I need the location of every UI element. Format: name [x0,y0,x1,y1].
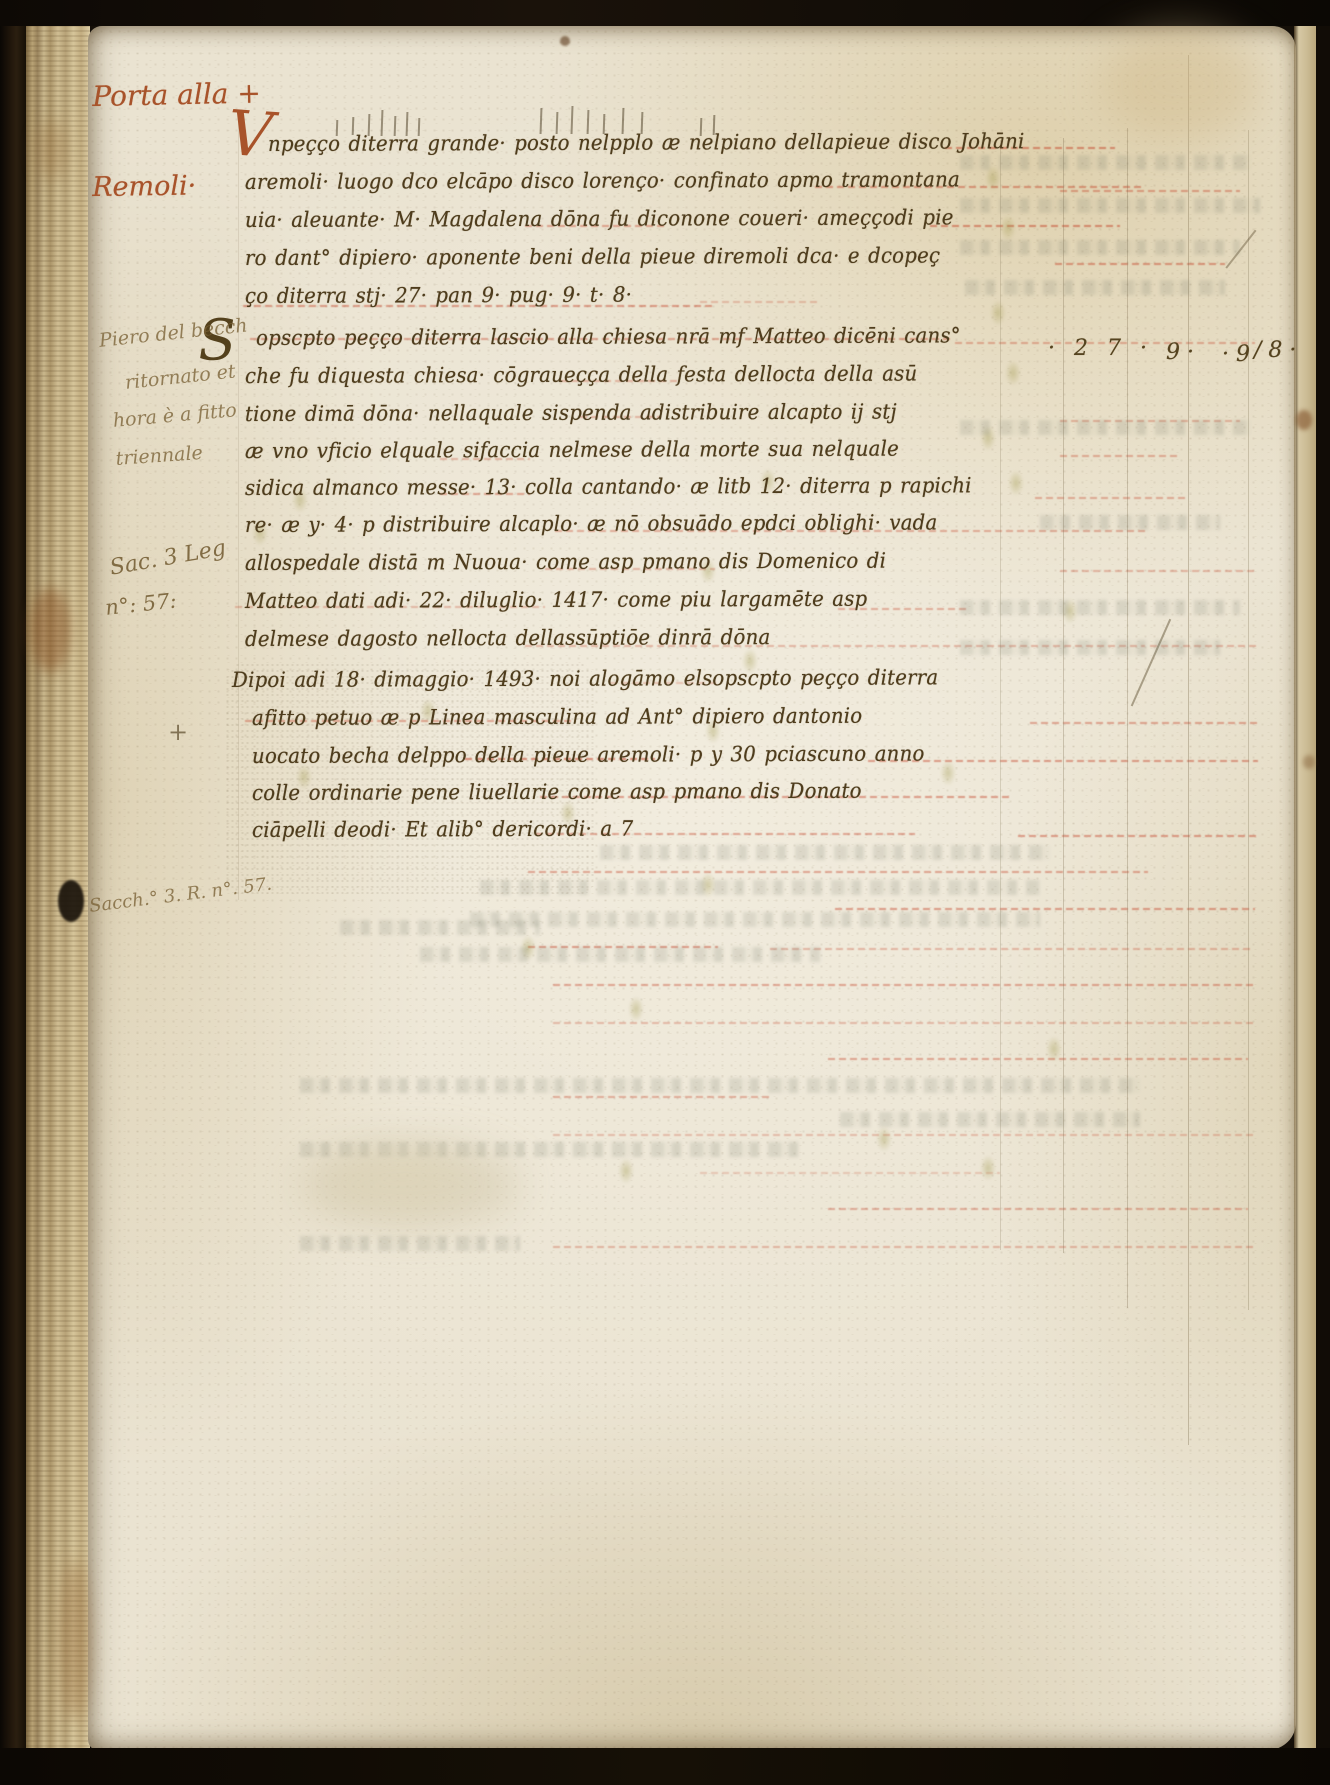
background-right [1316,0,1330,1785]
background-bottom [0,1748,1330,1785]
stacked-page-edges [26,12,90,1772]
background-top [0,0,1330,26]
manuscript-photo: Porta alla + Remoli· V S npeçço diterra … [0,0,1330,1785]
parchment-page [88,26,1296,1750]
next-page-edge [1294,18,1318,1780]
